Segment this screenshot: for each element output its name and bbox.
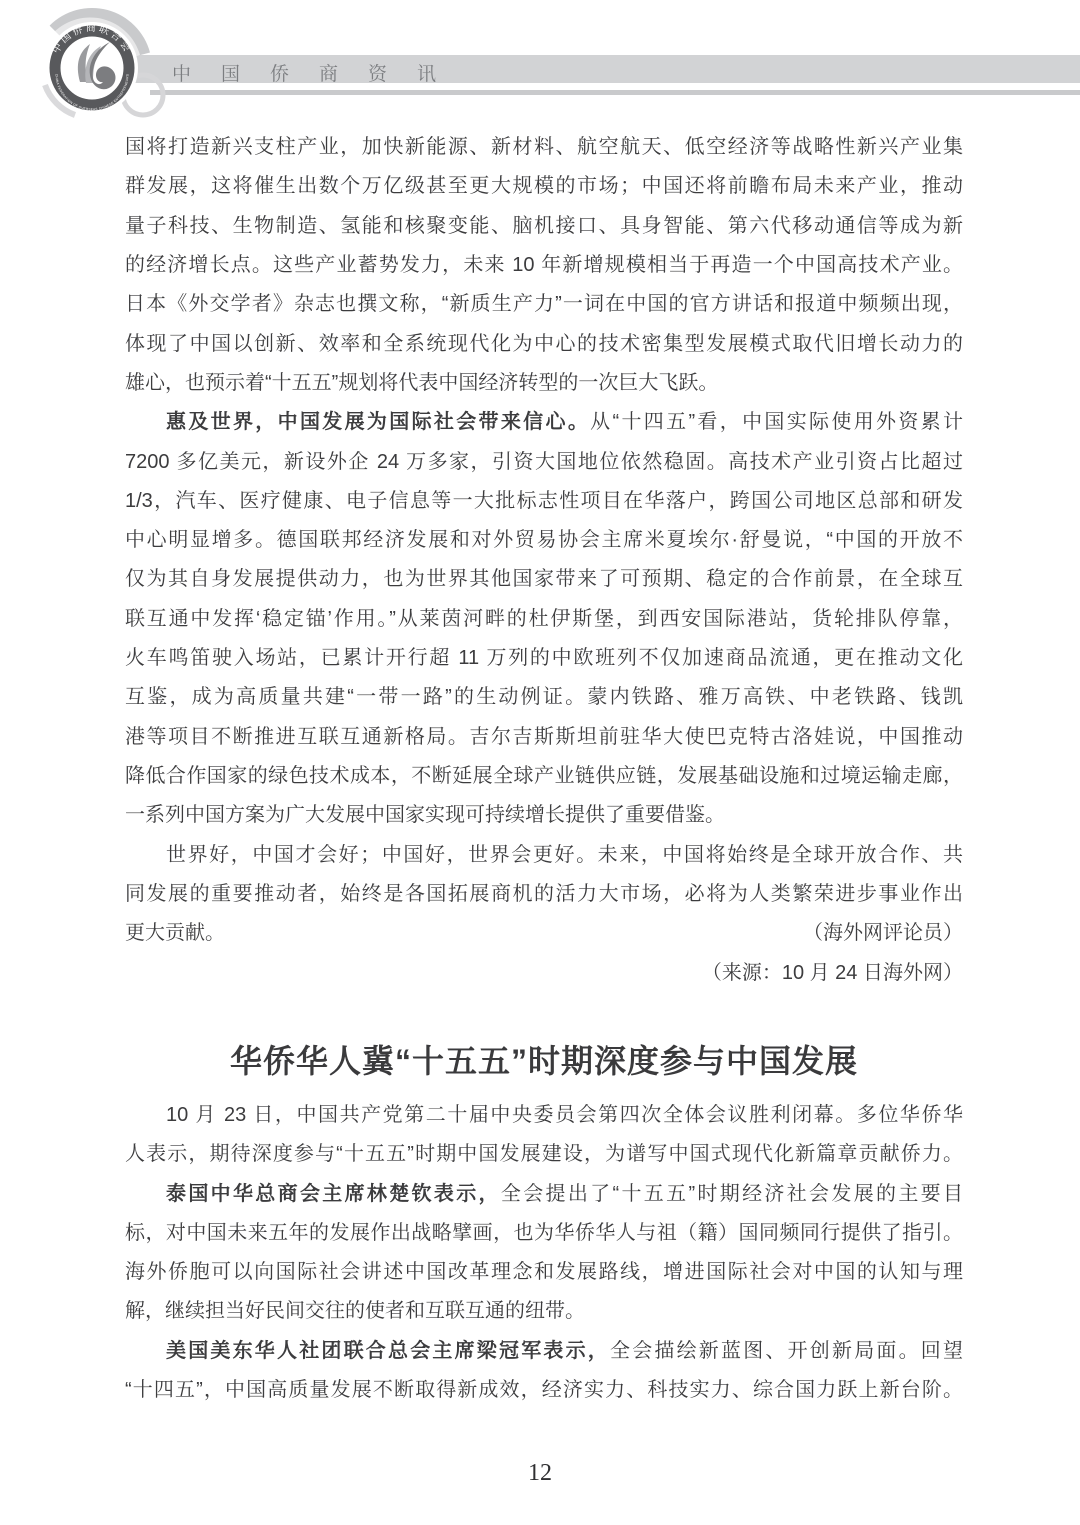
text-line: 雄心，也预示着“十五五”规划将代表中国经济转型的一次巨大飞跃。 xyxy=(125,364,963,403)
article-2-heading: 华侨华人冀“十五五”时期深度参与中国发展 xyxy=(125,1035,963,1087)
text-line: 联互通中发挥‘稳定锚’作用。”从莱茵河畔的杜伊斯堡，到西安国际港站，货轮排队停靠… xyxy=(125,600,963,639)
text-line: 7200 多亿美元，新设外企 24 万多家，引资大国地位依然稳固。高技术产业引资… xyxy=(125,443,963,482)
text-line: 量子科技、生物制造、氢能和核聚变能、脑机接口、具身智能、第六代移动通信等成为新 xyxy=(125,207,963,246)
text-line: 降低合作国家的绿色技术成本，不断延展全球产业链供应链，发展基础设施和过境运输走廊… xyxy=(125,757,963,796)
text-line: 泰国中华总商会主席林楚钦表示，全会提出了“十五五”时期经济社会发展的主要目 xyxy=(125,1175,963,1214)
text-line: 一系列中国方案为广大发展中国家实现可持续增长提供了重要借鉴。 xyxy=(125,796,963,835)
text-line: 国将打造新兴支柱产业，加快新能源、新材料、航空航天、低空经济等战略性新兴产业集 xyxy=(125,128,963,167)
document-page: 中国侨商资讯 中国侨商联合会 CHINA FEDERATION OF OVE xyxy=(0,0,1080,1525)
text-line: （来源：10 月 24 日海外网） xyxy=(125,954,963,993)
page-number: 12 xyxy=(0,1460,1080,1487)
text-line: 海外侨胞可以向国际社会讲述中国改革理念和发展路线，增进国际社会对中国的认知与理 xyxy=(125,1253,963,1292)
text-line: 惠及世界，中国发展为国际社会带来信心。从“十四五”看，中国实际使用外资累计 xyxy=(125,403,963,442)
text-line: 港等项目不断推进互联互通新格局。吉尔吉斯斯坦前驻华大使巴克特古洛娃说，中国推动 xyxy=(125,718,963,757)
text-line: 1/3，汽车、医疗健康、电子信息等一大批标志性项目在华落户，跨国公司地区总部和研… xyxy=(125,482,963,521)
text-line: 同发展的重要推动者，始终是各国拓展商机的活力大市场，必将为人类繁荣进步事业作出 xyxy=(125,875,963,914)
text-line: 中心明显增多。德国联邦经济发展和对外贸易协会主席米夏埃尔·舒曼说，“中国的开放不 xyxy=(125,521,963,560)
article-1-body: 国将打造新兴支柱产业，加快新能源、新材料、航空航天、低空经济等战略性新兴产业集群… xyxy=(125,128,963,993)
text-line: 世界好，中国才会好；中国好，世界会更好。未来，中国将始终是全球开放合作、共 xyxy=(125,836,963,875)
article-2-body: 10 月 23 日，中国共产党第二十届中央委员会第四次全体会议胜利闭幕。多位华侨… xyxy=(125,1096,963,1411)
text-line: 美国美东华人社团联合总会主席梁冠军表示，全会描绘新蓝图、开创新局面。回望 xyxy=(125,1332,963,1371)
text-line: 群发展，这将催生出数个万亿级甚至更大规模的市场；中国还将前瞻布局未来产业，推动 xyxy=(125,167,963,206)
organization-logo: 中国侨商联合会 CHINA FEDERATION OF OVERSEAS CHI… xyxy=(30,2,230,142)
text-line: 标，对中国未来五年的发展作出战略擘画，也为华侨华人与祖（籍）国同频同行提供了指引… xyxy=(125,1214,963,1253)
text-line: 更大贡献。（海外网评论员） xyxy=(125,914,963,953)
text-line: 解，继续担当好民间交往的使者和互联互通的纽带。 xyxy=(125,1292,963,1331)
text-line: 的经济增长点。这些产业蓄势发力，未来 10 年新增规模相当于再造一个中国高技术产… xyxy=(125,246,963,285)
page-content: 国将打造新兴支柱产业，加快新能源、新材料、航空航天、低空经济等战略性新兴产业集群… xyxy=(125,128,963,1410)
text-line: “十四五”，中国高质量发展不断取得新成效，经济实力、科技实力、综合国力跃上新台阶… xyxy=(125,1371,963,1410)
text-line: 日本《外交学者》杂志也撰文称，“新质生产力”一词在中国的官方讲话和报道中频频出现… xyxy=(125,285,963,324)
header-underline xyxy=(150,90,1080,95)
text-line: 互鉴，成为高质量共建“一带一路”的生动例证。蒙内铁路、雅万高铁、中老铁路、钱凯 xyxy=(125,678,963,717)
text-line: 人表示，期待深度参与“十五五”时期中国发展建设，为谱写中国式现代化新篇章贡献侨力… xyxy=(125,1135,963,1174)
text-line: 火车鸣笛驶入场站，已累计开行超 11 万列的中欧班列不仅加速商品流通，更在推动文… xyxy=(125,639,963,678)
text-line: 仅为其自身发展提供动力，也为世界其他国家带来了可预期、稳定的合作前景，在全球互 xyxy=(125,560,963,599)
text-line: 体现了中国以创新、效率和全系统现代化为中心的技术密集型发展模式取代旧增长动力的 xyxy=(125,325,963,364)
text-line: 10 月 23 日，中国共产党第二十届中央委员会第四次全体会议胜利闭幕。多位华侨… xyxy=(125,1096,963,1135)
